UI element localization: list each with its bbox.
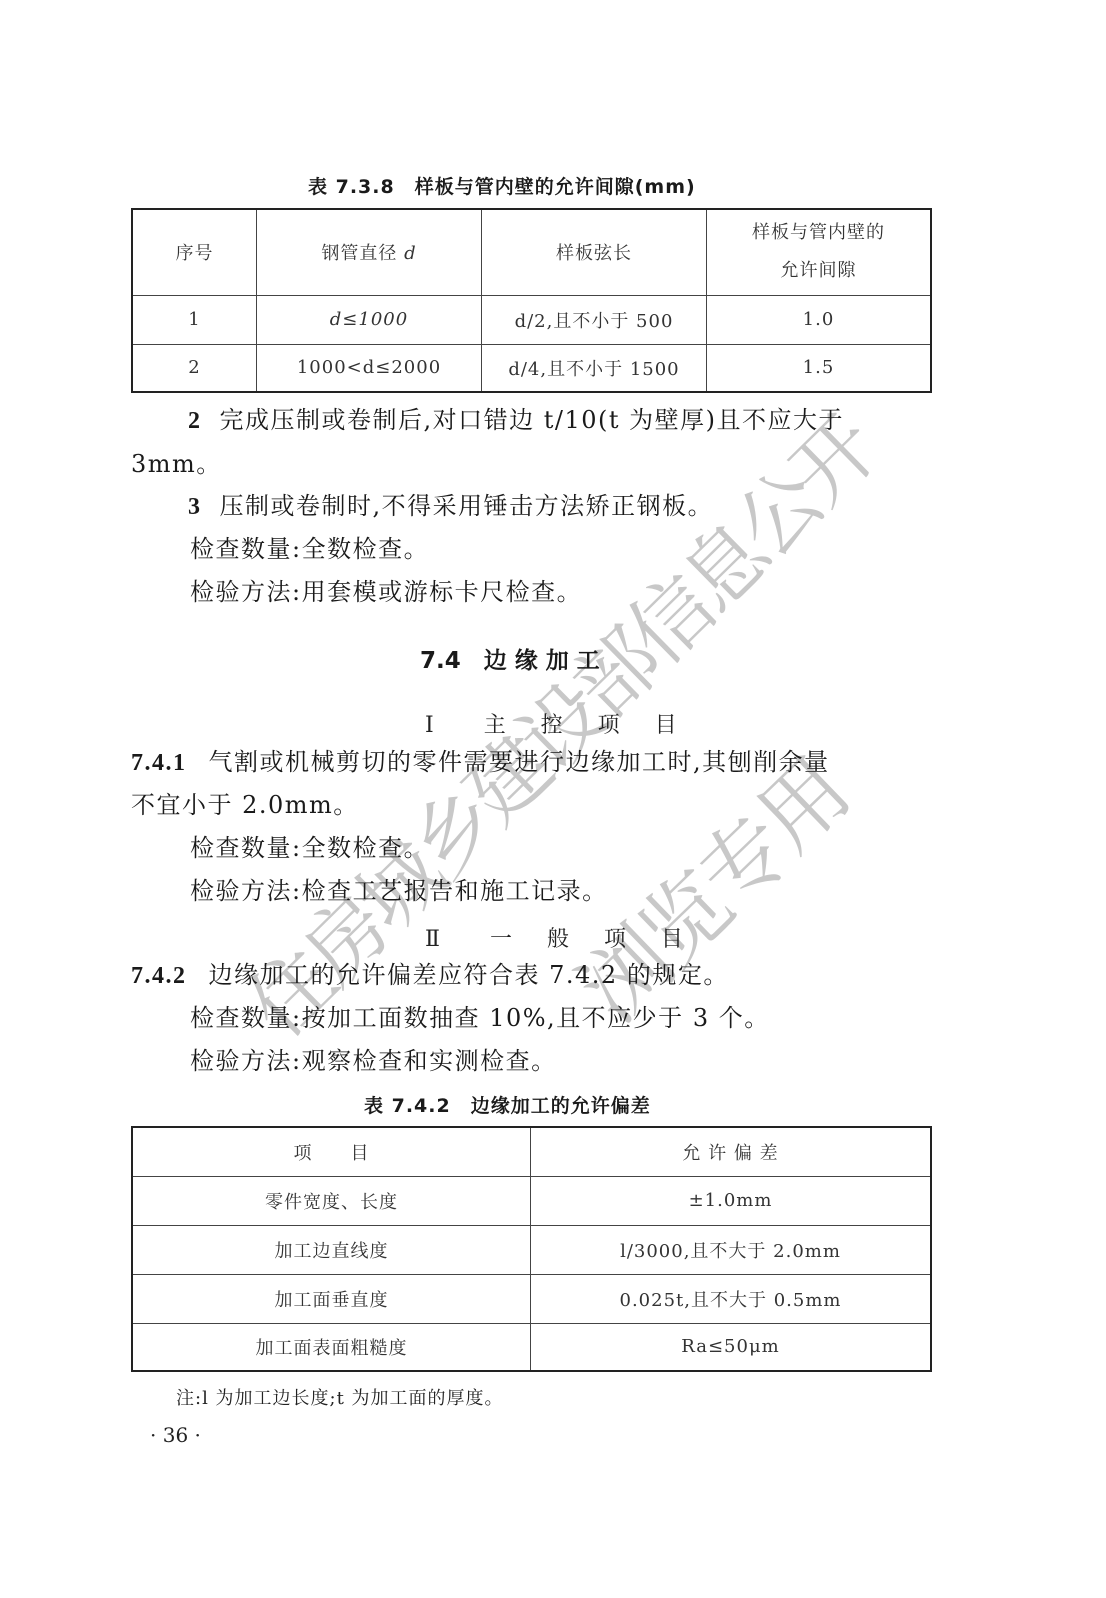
table1-header-diameter-label: 钢管直径 d xyxy=(321,243,416,264)
table-row: 1 d≤1000 d/2,且不小于 500 1.0 xyxy=(132,295,931,344)
table1-header-chord: 样板弦长 xyxy=(482,209,707,295)
check-quantity-738: 检查数量:全数检查。 xyxy=(190,537,429,561)
clause-7-4-2: 7.4.2边缘加工的允许偏差应符合表 7.4.2 的规定。 xyxy=(131,963,729,988)
item-2-number: 2 xyxy=(188,408,202,434)
table2-header-row: 项 目 允 许 偏 差 xyxy=(132,1127,931,1176)
document-page: 住房城乡建设部信息公开 浏览专用 表 7.3.8 样板与管内壁的允许间隙(mm)… xyxy=(0,0,1106,1598)
general-items-heading: Ⅱ 一 般 项 目 xyxy=(425,922,697,953)
table2-cell-item: 加工边直线度 xyxy=(132,1225,531,1274)
table-row: 2 1000<d≤2000 d/4,且不小于 1500 1.5 xyxy=(132,344,931,392)
table1-cell-diameter: 1000<d≤2000 xyxy=(257,344,482,392)
table1-cell-chord: d/2,且不小于 500 xyxy=(482,295,707,344)
check-method-742: 检验方法:观察检查和实测检查。 xyxy=(190,1049,557,1073)
clause-7-4-2-number: 7.4.2 xyxy=(131,963,187,989)
table1-header-no: 序号 xyxy=(132,209,257,295)
table2-header-tolerance: 允 许 偏 差 xyxy=(531,1127,932,1176)
table2-cell-tolerance: Ra≤50μm xyxy=(531,1323,932,1371)
main-items-heading: Ⅰ 主 控 项 目 xyxy=(425,708,691,739)
clause-item-2-cont: 3mm。 xyxy=(131,452,222,476)
table2-cell-tolerance: 0.025t,且不大于 0.5mm xyxy=(531,1274,932,1323)
table-row: 加工面表面粗糙度 Ra≤50μm xyxy=(132,1323,931,1371)
table2-cell-tolerance: ±1.0mm xyxy=(531,1176,932,1225)
table1-cell-diameter: d≤1000 xyxy=(257,295,482,344)
table1-header-gap-line1: 样板与管内壁的 xyxy=(707,214,930,252)
table1-cell-gap: 1.0 xyxy=(707,295,932,344)
table-row: 加工边直线度 l/3000,且不大于 2.0mm xyxy=(132,1225,931,1274)
table1-cell-no: 2 xyxy=(132,344,257,392)
item-3-number: 3 xyxy=(188,494,202,520)
check-method-738: 检验方法:用套模或游标卡尺检查。 xyxy=(190,580,582,604)
table2-caption: 表 7.4.2 边缘加工的允许偏差 xyxy=(364,1091,651,1118)
page-number: · 36 · xyxy=(150,1423,201,1447)
table-row: 加工面垂直度 0.025t,且不大于 0.5mm xyxy=(132,1274,931,1323)
clause-7-4-1-cont: 不宜小于 2.0mm。 xyxy=(131,793,359,817)
table2-cell-tolerance: l/3000,且不大于 2.0mm xyxy=(531,1225,932,1274)
table2-cell-item: 加工面表面粗糙度 xyxy=(132,1323,531,1371)
item-2-text: 完成压制或卷制后,对口错边 t/10(t 为壁厚)且不应大于 xyxy=(220,406,845,434)
table2-note: 注:l 为加工边长度;t 为加工面的厚度。 xyxy=(176,1384,504,1410)
check-quantity-741: 检查数量:全数检查。 xyxy=(190,836,429,860)
table2-cell-item: 加工面垂直度 xyxy=(132,1274,531,1323)
table1-cell-no: 1 xyxy=(132,295,257,344)
table1-cell-chord: d/4,且不小于 1500 xyxy=(482,344,707,392)
table2-cell-item: 零件宽度、长度 xyxy=(132,1176,531,1225)
table1-header-gap: 样板与管内壁的 允许间隙 xyxy=(707,209,932,295)
table1-caption: 表 7.3.8 样板与管内壁的允许间隙(mm) xyxy=(308,172,696,199)
item-3-text: 压制或卷制时,不得采用锤击方法矫正钢板。 xyxy=(220,492,714,520)
table1-cell-gap: 1.5 xyxy=(707,344,932,392)
table-7-4-2: 项 目 允 许 偏 差 零件宽度、长度 ±1.0mm 加工边直线度 l/3000… xyxy=(131,1126,932,1372)
table2-header-item: 项 目 xyxy=(132,1127,531,1176)
clause-7-4-1-text: 气割或机械剪切的零件需要进行边缘加工时,其刨削余量 xyxy=(209,748,830,776)
table1-header-diameter: 钢管直径 d xyxy=(257,209,482,295)
clause-item-3: 3压制或卷制时,不得采用锤击方法矫正钢板。 xyxy=(188,494,713,519)
table1-header-gap-line2: 允许间隙 xyxy=(707,252,930,290)
section-title-7-4: 7.4 边 缘 加 工 xyxy=(420,642,600,675)
clause-7-4-1-number: 7.4.1 xyxy=(131,750,187,776)
clause-7-4-1: 7.4.1气割或机械剪切的零件需要进行边缘加工时,其刨削余量 xyxy=(131,750,830,775)
check-method-741: 检验方法:检查工艺报告和施工记录。 xyxy=(190,879,608,903)
clause-7-4-2-text: 边缘加工的允许偏差应符合表 7.4.2 的规定。 xyxy=(209,961,729,989)
check-quantity-742: 检查数量:按加工面数抽查 10%,且不应少于 3 个。 xyxy=(190,1006,770,1030)
table-7-3-8: 序号 钢管直径 d 样板弦长 样板与管内壁的 允许间隙 1 d≤1000 d/2… xyxy=(131,208,932,393)
clause-item-2: 2完成压制或卷制后,对口错边 t/10(t 为壁厚)且不应大于 xyxy=(188,408,844,433)
table1-header-row: 序号 钢管直径 d 样板弦长 样板与管内壁的 允许间隙 xyxy=(132,209,931,295)
table-row: 零件宽度、长度 ±1.0mm xyxy=(132,1176,931,1225)
